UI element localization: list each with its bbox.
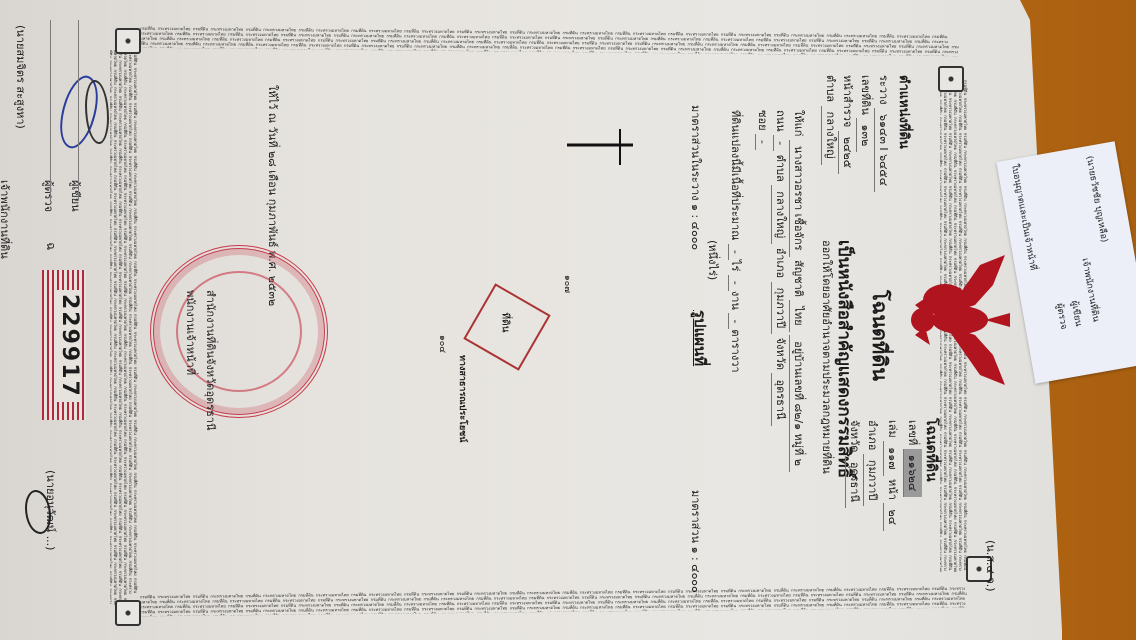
signature-label-3: ผู้เขียน	[67, 180, 85, 212]
field-area: ที่ดินแปลงนี้มีเนื้อที่ประมาณ -ไร่ -งาน …	[727, 110, 745, 373]
field-map-sheet: ระวาง ๖๑๔๓ I ๖๔๕๔	[874, 75, 893, 192]
note-line: (นายธวัชชัย บุญเหลือ)	[1083, 155, 1112, 244]
north-arrow-icon	[565, 125, 635, 170]
official-seal	[150, 245, 328, 418]
map-title: รูปแผนที่	[688, 310, 712, 366]
document-authority-text: ออกให้โดยอาศัยอำนาจตามประมวลกฎหมายที่ดิน	[818, 240, 836, 474]
deed-section-title: โฉนดที่ดิน	[920, 418, 942, 482]
scale-text: มาตราส่วน ๑ : ๔๐๐๐	[687, 490, 705, 593]
serial-number: 229917	[57, 290, 82, 402]
parcel-number: ๑๐๗	[561, 275, 575, 293]
plot-label: ที่ดิน	[497, 313, 512, 333]
signature-name-1: (นายสมจิตร สะสูงหา)	[12, 25, 30, 129]
field-survey-page: หน้าสำรวจ ๒๔๒๕	[838, 75, 857, 174]
land-title-deed: กรมที่ดิน กระทรวงมหาดไทย กรมที่ดิน กระทร…	[0, 0, 1062, 640]
form-code: (น.ส.๔ จ.)	[982, 540, 1000, 592]
black-signature	[85, 80, 109, 144]
field-district: อำเภอ กุมภวาปี	[863, 420, 882, 506]
road-label: ทางสาธารณประโยชน์	[456, 355, 470, 442]
unit-note: (หนึ่งไร่)	[704, 240, 722, 280]
scale-in-sheet: มาตราส่วนในระวาง ๑ : ๔๐๐๐	[687, 105, 705, 250]
field-land-number: เลขที่ดิน ๑๓๒	[856, 75, 875, 152]
field-address: ถนน - ตำบล กลางใหญ่ อำเภอ กุมภวาปี จังหว…	[771, 110, 790, 426]
signature-label-1: เจ้าพนักงานที่ดิน	[0, 180, 14, 259]
security-border-bottom: กรมที่ดิน กระทรวงมหาดไทย กรมที่ดิน กระทร…	[140, 586, 970, 617]
parcel-number: ๑๐๔	[436, 335, 450, 353]
field-owner: ให้แก่ นางสาวอรชา เชื้อจักร สัญชาติ ไทย …	[789, 110, 808, 472]
field-deed-number: เลขที่ ๑๑๖๒๔	[903, 420, 922, 497]
signature-label-2: ผู้ตรวจ	[40, 180, 58, 212]
security-border-top: กรมที่ดิน กระทรวงมหาดไทย กรมที่ดิน กระทร…	[140, 26, 960, 57]
position-section-title: ตำแหน่งที่ดิน	[894, 75, 915, 149]
signature-line	[50, 20, 51, 200]
document-title: โฉนดที่ดิน	[864, 290, 896, 381]
corner-ornament-icon	[115, 28, 141, 54]
note-line: ใบอนุญาตและเป็นเจ้าหน้าที่	[1008, 163, 1041, 272]
corner-ornament-icon	[938, 66, 964, 92]
security-border-left: กรมที่ดิน กระทรวงมหาดไทย กรมที่ดิน กระทร…	[110, 50, 138, 610]
serial-prefix: ฉ	[41, 242, 60, 250]
seal-office-text: สำนักงานที่ดินจังหวัดอุดรธานี	[202, 290, 220, 431]
corner-ornament-icon	[115, 600, 141, 626]
handwritten-number: 5107	[1060, 549, 1076, 585]
field-province: จังหวัด อุดรธานี	[845, 420, 864, 508]
field-soi: ซอย -	[754, 110, 772, 150]
field-subdistrict: ตำบล กลางใหญ่	[821, 75, 840, 165]
field-book-page: เล่ม ๑๑๗ หน้า ๒๔	[883, 420, 902, 531]
seal-officer-text: พนักงานเจ้าหน้าที่	[182, 290, 200, 375]
garuda-emblem-icon	[905, 245, 1015, 395]
signature-line	[78, 20, 79, 200]
